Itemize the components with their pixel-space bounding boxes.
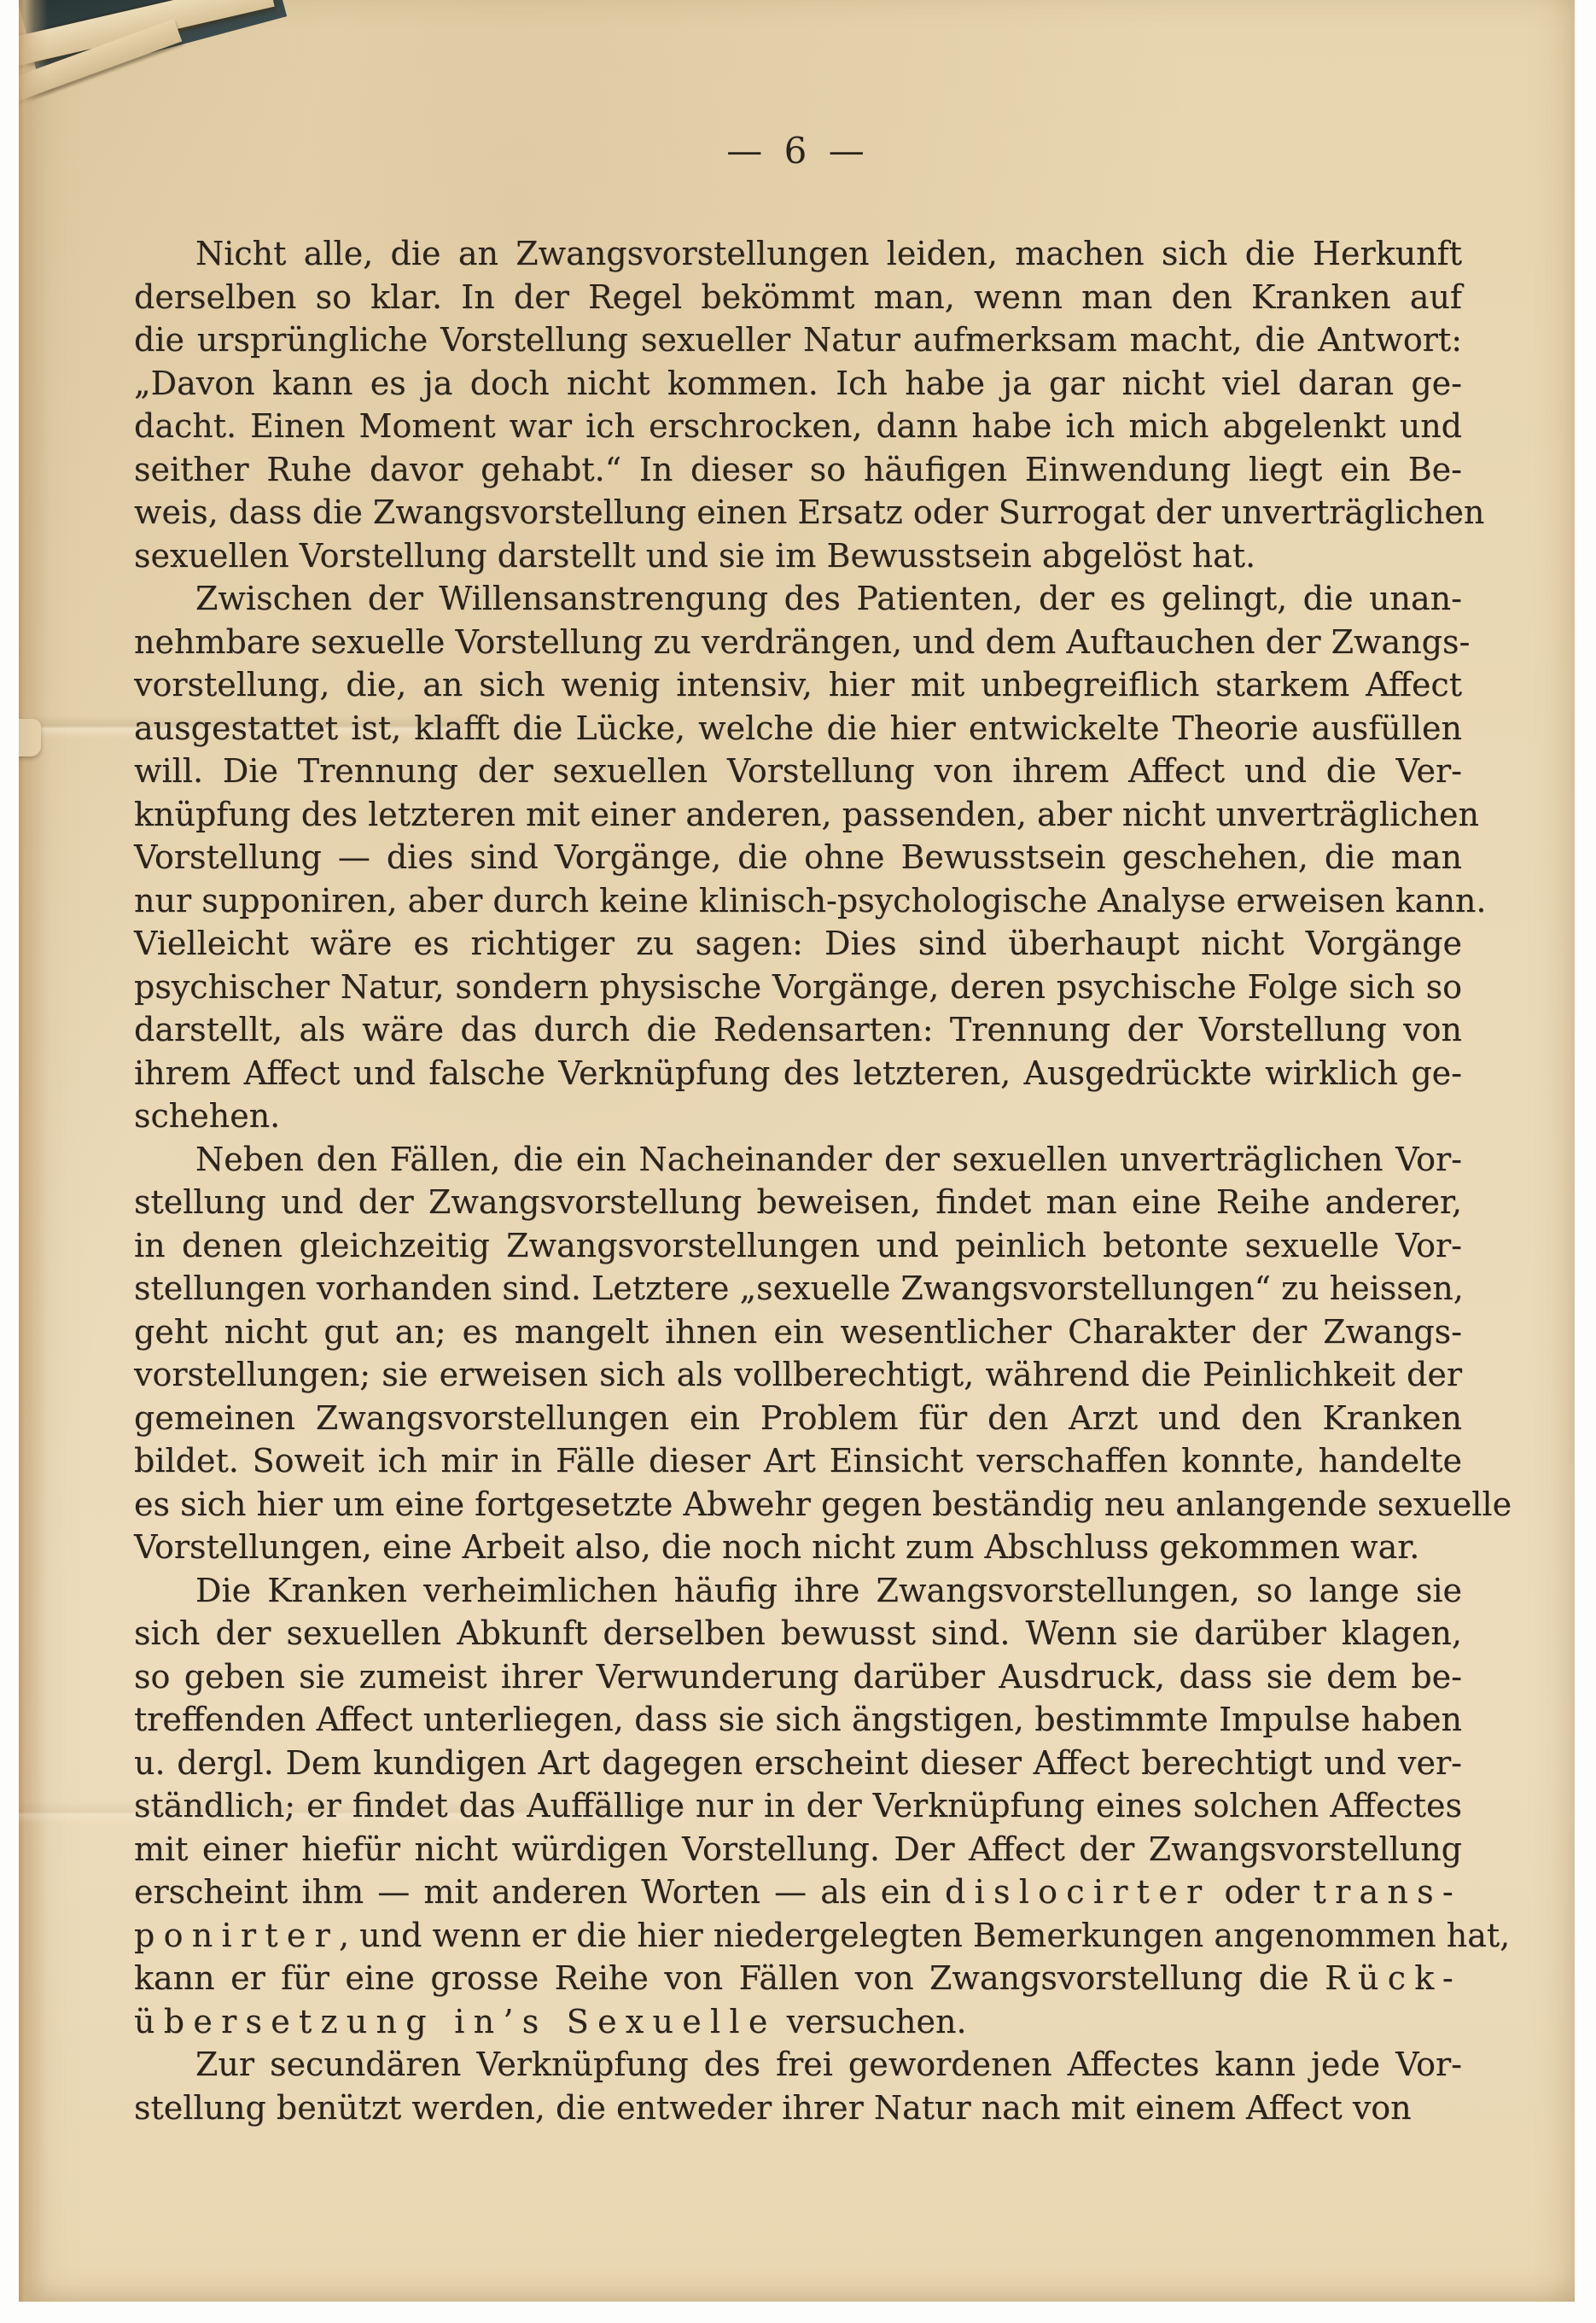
text-segment: Zur secundären Verknüpfung des frei gewo… bbox=[195, 2046, 1462, 2083]
text-line: sexuellen Vorstellung darstellt und sie … bbox=[134, 534, 1462, 578]
paragraph: Neben den Fällen, die ein Nacheinander d… bbox=[134, 1138, 1462, 1569]
text-line: ständlich; er findet das Auffällige nur … bbox=[134, 1784, 1462, 1828]
text-line: es sich hier um eine fortgesetzte Abwehr… bbox=[134, 1483, 1462, 1526]
text-line: u. dergl. Dem kundigen Art dagegen ersch… bbox=[134, 1742, 1462, 1785]
text-line: stellungen vorhanden sind. Letztere „sex… bbox=[134, 1267, 1462, 1310]
text-segment: vorstellungen; sie erweisen sich als vol… bbox=[134, 1356, 1462, 1393]
text-line: Vorstellung — dies sind Vorgänge, die oh… bbox=[134, 836, 1462, 879]
text-segment: die ursprüngliche Vorstellung sexueller … bbox=[134, 321, 1462, 359]
text-segment: erscheint ihm — mit anderen Worten — als… bbox=[134, 1873, 945, 1911]
text-line: die ursprüngliche Vorstellung sexueller … bbox=[134, 318, 1462, 362]
text-line: übersetzung in’s Sexuelle versuchen. bbox=[134, 2000, 1462, 2044]
text-line: Vorstellungen, eine Arbeit also, die noc… bbox=[134, 1526, 1462, 1569]
text-segment: psychischer Natur, sondern physische Vor… bbox=[134, 968, 1462, 1006]
text-line: erscheint ihm — mit anderen Worten — als… bbox=[134, 1871, 1462, 1914]
letterspaced-emphasis-text: trans- bbox=[1313, 1873, 1462, 1911]
text-segment: kann er für eine grosse Reihe von Fällen… bbox=[134, 1959, 1325, 1997]
page-number: — 6 — bbox=[134, 130, 1462, 172]
letterspaced-emphasis-text: ponirter bbox=[134, 1917, 339, 1954]
text-line: Neben den Fällen, die ein Nacheinander d… bbox=[134, 1138, 1462, 1182]
paragraph: Zur secundären Verknüpfung des frei gewo… bbox=[134, 2043, 1462, 2129]
text-segment: treffenden Affect unterliegen, dass sie … bbox=[134, 1701, 1462, 1738]
text-line: ponirter, und wenn er die hier niedergel… bbox=[134, 1914, 1462, 1958]
text-segment: nur supponiren, aber durch keine klinisc… bbox=[134, 882, 1486, 919]
text-segment: stellung und der Zwangsvorstellung bewei… bbox=[134, 1183, 1462, 1221]
text-segment: Die Kranken verheimlichen häufig ihre Zw… bbox=[195, 1572, 1462, 1609]
text-line: derselben so klar. In der Regel bekömmt … bbox=[134, 276, 1462, 319]
letterspaced-emphasis-text: übersetzung in’s Sexuelle bbox=[134, 2003, 777, 2040]
underpage-curl-tab bbox=[19, 719, 41, 756]
text-line: kann er für eine grosse Reihe von Fällen… bbox=[134, 1957, 1462, 2000]
text-line: in denen gleichzeitig Zwangsvorstellunge… bbox=[134, 1224, 1462, 1268]
paragraph: Die Kranken verheimlichen häufig ihre Zw… bbox=[134, 1569, 1462, 2044]
text-segment: Vorstellungen, eine Arbeit also, die noc… bbox=[134, 1528, 1419, 1566]
text-line: Nicht alle, die an Zwangsvorstellungen l… bbox=[134, 232, 1462, 276]
text-segment: mit einer hiefür nicht würdigen Vorstell… bbox=[134, 1830, 1462, 1868]
text-segment: Nicht alle, die an Zwangsvorstellungen l… bbox=[195, 235, 1462, 272]
text-segment: gemeinen Zwangsvorstellungen ein Problem… bbox=[134, 1399, 1462, 1437]
text-segment: weis, dass die Zwangsvorstellung einen E… bbox=[134, 493, 1484, 531]
text-line: knüpfung des letzteren mit einer anderen… bbox=[134, 793, 1462, 837]
text-segment: u. dergl. Dem kundigen Art dagegen ersch… bbox=[134, 1744, 1462, 1782]
text-segment: dacht. Einen Moment war ich erschrocken,… bbox=[134, 407, 1462, 445]
text-line: psychischer Natur, sondern physische Vor… bbox=[134, 966, 1462, 1009]
text-segment: oder bbox=[1210, 1873, 1313, 1911]
text-segment: knüpfung des letzteren mit einer anderen… bbox=[134, 796, 1479, 833]
text-segment: darstellt, als wäre das durch die Redens… bbox=[134, 1011, 1462, 1048]
text-line: gemeinen Zwangsvorstellungen ein Problem… bbox=[134, 1397, 1462, 1440]
text-segment: stellung benützt werden, die entweder ih… bbox=[134, 2089, 1412, 2127]
text-line: will. Die Trennung der sexuellen Vorstel… bbox=[134, 750, 1462, 793]
text-segment: sich der sexuellen Abkunft derselben bew… bbox=[134, 1614, 1462, 1652]
text-line: seither Ruhe davor gehabt.“ In dieser so… bbox=[134, 448, 1462, 492]
scan-canvas: { "page": { "number_label": "— 6 —" }, "… bbox=[0, 0, 1596, 2323]
text-segment: stellungen vorhanden sind. Letztere „sex… bbox=[134, 1269, 1464, 1307]
text-segment: „Davon kann es ja doch nicht kommen. Ich… bbox=[134, 365, 1462, 402]
text-line: nur supponiren, aber durch keine klinisc… bbox=[134, 879, 1462, 923]
text-segment: ständlich; er findet das Auffällige nur … bbox=[134, 1787, 1462, 1824]
paragraph: Nicht alle, die an Zwangsvorstellungen l… bbox=[134, 232, 1462, 577]
text-block: Nicht alle, die an Zwangsvorstellungen l… bbox=[134, 232, 1462, 2129]
text-line: weis, dass die Zwangsvorstellung einen E… bbox=[134, 491, 1462, 534]
text-segment: versuchen. bbox=[777, 2003, 967, 2040]
letterspaced-emphasis-text: Rück- bbox=[1325, 1959, 1462, 1997]
text-line: ausgestattet ist, klafft die Lücke, welc… bbox=[134, 707, 1462, 750]
text-segment: Zwischen der Willensanstrengung des Pati… bbox=[195, 580, 1462, 617]
text-segment: Vorstellung — dies sind Vorgänge, die oh… bbox=[134, 838, 1462, 876]
text-segment: , und wenn er die hier niedergelegten Be… bbox=[339, 1917, 1510, 1954]
text-segment: will. Die Trennung der sexuellen Vorstel… bbox=[134, 752, 1462, 790]
text-line: schehen. bbox=[134, 1094, 1462, 1138]
text-segment: in denen gleichzeitig Zwangsvorstellunge… bbox=[134, 1227, 1462, 1264]
text-segment: geht nicht gut an; es mangelt ihnen ein … bbox=[134, 1313, 1462, 1351]
text-line: mit einer hiefür nicht würdigen Vorstell… bbox=[134, 1828, 1462, 1871]
text-segment: so geben sie zumeist ihrer Verwunderung … bbox=[134, 1658, 1462, 1696]
paragraph: Zwischen der Willensanstrengung des Pati… bbox=[134, 577, 1462, 1138]
text-line: bildet. Soweit ich mir in Fälle dieser A… bbox=[134, 1439, 1462, 1483]
text-line: „Davon kann es ja doch nicht kommen. Ich… bbox=[134, 362, 1462, 406]
paper-sheet: — 6 — Nicht alle, die an Zwangsvorstellu… bbox=[19, 0, 1575, 2302]
text-line: dacht. Einen Moment war ich erschrocken,… bbox=[134, 405, 1462, 448]
text-segment: nehmbare sexuelle Vorstellung zu verdrän… bbox=[134, 623, 1470, 661]
text-line: darstellt, als wäre das durch die Redens… bbox=[134, 1008, 1462, 1052]
text-segment: Neben den Fällen, die ein Nacheinander d… bbox=[195, 1141, 1462, 1178]
text-segment: sexuellen Vorstellung darstellt und sie … bbox=[134, 537, 1255, 575]
text-segment: schehen. bbox=[134, 1097, 280, 1135]
text-segment: vorstellung, die, an sich wenig intensiv… bbox=[134, 666, 1462, 703]
text-line: stellung und der Zwangsvorstellung bewei… bbox=[134, 1181, 1462, 1224]
text-line: Vielleicht wäre es richtiger zu sagen: D… bbox=[134, 922, 1462, 966]
text-segment: Vielleicht wäre es richtiger zu sagen: D… bbox=[134, 925, 1462, 962]
page-number-label: — 6 — bbox=[726, 130, 869, 172]
text-line: ihrem Affect und falsche Verknüpfung des… bbox=[134, 1052, 1462, 1095]
text-segment: es sich hier um eine fortgesetzte Abwehr… bbox=[134, 1485, 1512, 1523]
text-line: so geben sie zumeist ihrer Verwunderung … bbox=[134, 1655, 1462, 1699]
text-line: nehmbare sexuelle Vorstellung zu verdrän… bbox=[134, 621, 1462, 664]
text-line: vorstellungen; sie erweisen sich als vol… bbox=[134, 1353, 1462, 1397]
text-line: Zwischen der Willensanstrengung des Pati… bbox=[134, 577, 1462, 621]
paper-left-edge bbox=[19, 0, 48, 2302]
text-segment: ihrem Affect und falsche Verknüpfung des… bbox=[134, 1054, 1462, 1092]
text-line: vorstellung, die, an sich wenig intensiv… bbox=[134, 663, 1462, 707]
text-segment: seither Ruhe davor gehabt.“ In dieser so… bbox=[134, 451, 1462, 488]
text-segment: bildet. Soweit ich mir in Fälle dieser A… bbox=[134, 1442, 1462, 1480]
text-line: stellung benützt werden, die entweder ih… bbox=[134, 2087, 1462, 2130]
text-line: geht nicht gut an; es mangelt ihnen ein … bbox=[134, 1310, 1462, 1354]
text-line: treffenden Affect unterliegen, dass sie … bbox=[134, 1698, 1462, 1742]
text-segment: ausgestattet ist, klafft die Lücke, welc… bbox=[134, 709, 1462, 747]
letterspaced-emphasis-text: dislocirter bbox=[945, 1873, 1210, 1911]
text-line: Zur secundären Verknüpfung des frei gewo… bbox=[134, 2043, 1462, 2087]
text-segment: derselben so klar. In der Regel bekömmt … bbox=[134, 278, 1462, 316]
text-line: Die Kranken verheimlichen häufig ihre Zw… bbox=[134, 1569, 1462, 1613]
text-line: sich der sexuellen Abkunft derselben bew… bbox=[134, 1612, 1462, 1655]
